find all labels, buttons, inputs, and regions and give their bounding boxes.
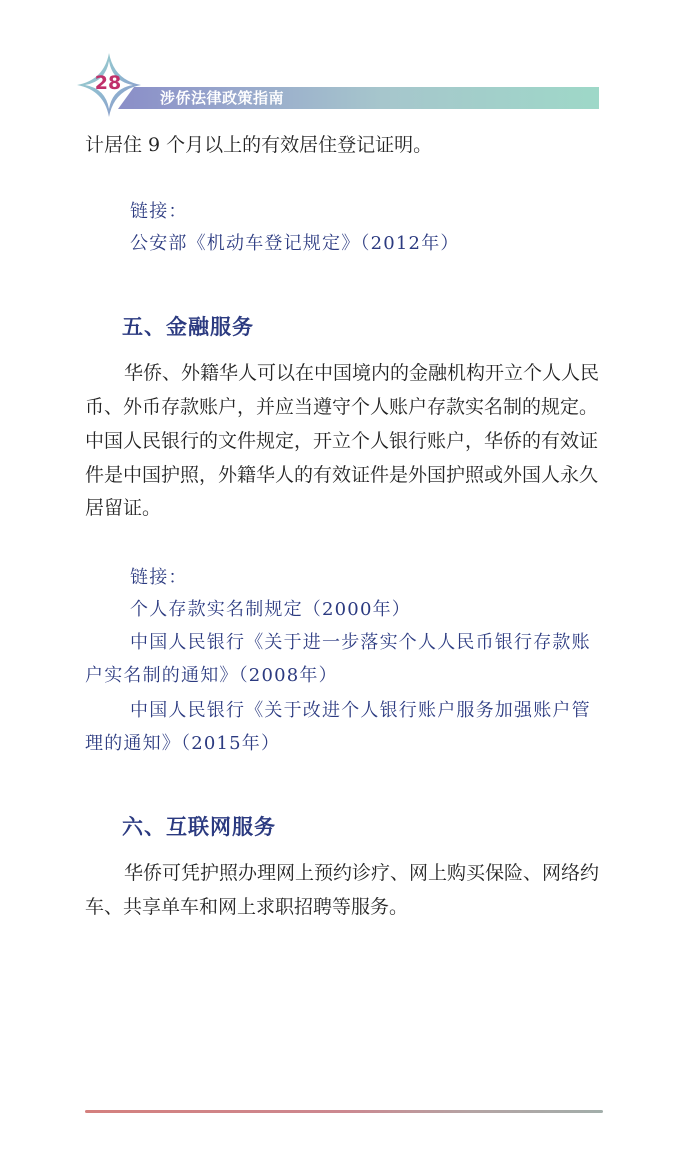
body-text-line: 币、外币存款账户，并应当遵守个人账户存款实名制的规定。 <box>85 395 598 419</box>
links-label: 链接： <box>130 566 188 590</box>
body-text-line: 中国人民银行的文件规定，开立个人银行账户，华侨的有效证 <box>85 429 598 453</box>
link-reference: 公安部《机动车登记规定》（2012年） <box>130 232 460 256</box>
page-number: 28 <box>76 71 140 95</box>
book-title: 涉侨法律政策指南 <box>160 88 284 108</box>
link-reference: 中国人民银行《关于进一步落实个人人民币银行存款账 <box>130 631 591 655</box>
links-label: 链接： <box>130 200 188 224</box>
body-text-line: 华侨可凭护照办理网上预约诊疗、网上购买保险、网络约 <box>124 861 599 885</box>
footer-divider <box>85 1110 603 1113</box>
document-page: 28 涉侨法律政策指南 计居住 9 个月以上的有效居住登记证明。 链接： 公安部… <box>0 0 700 1173</box>
body-text-line: 居留证。 <box>85 496 161 520</box>
body-text-line: 件是中国护照，外籍华人的有效证件是外国护照或外国人永久 <box>85 463 598 487</box>
body-text-line: 华侨、外籍华人可以在中国境内的金融机构开立个人人民 <box>124 361 599 385</box>
section-heading: 六、互联网服务 <box>122 813 276 841</box>
body-text-line: 车、共享单车和网上求职招聘等服务。 <box>85 895 408 919</box>
link-reference: 中国人民银行《关于改进个人银行账户服务加强账户管 <box>130 699 591 723</box>
link-reference: 个人存款实名制规定（2000年） <box>130 598 411 622</box>
link-reference-continuation: 理的通知》（2015年） <box>85 732 280 756</box>
body-text-line: 计居住 9 个月以上的有效居住登记证明。 <box>85 133 432 157</box>
section-heading: 五、金融服务 <box>122 313 254 341</box>
link-reference-continuation: 户实名制的通知》（2008年） <box>85 664 338 688</box>
